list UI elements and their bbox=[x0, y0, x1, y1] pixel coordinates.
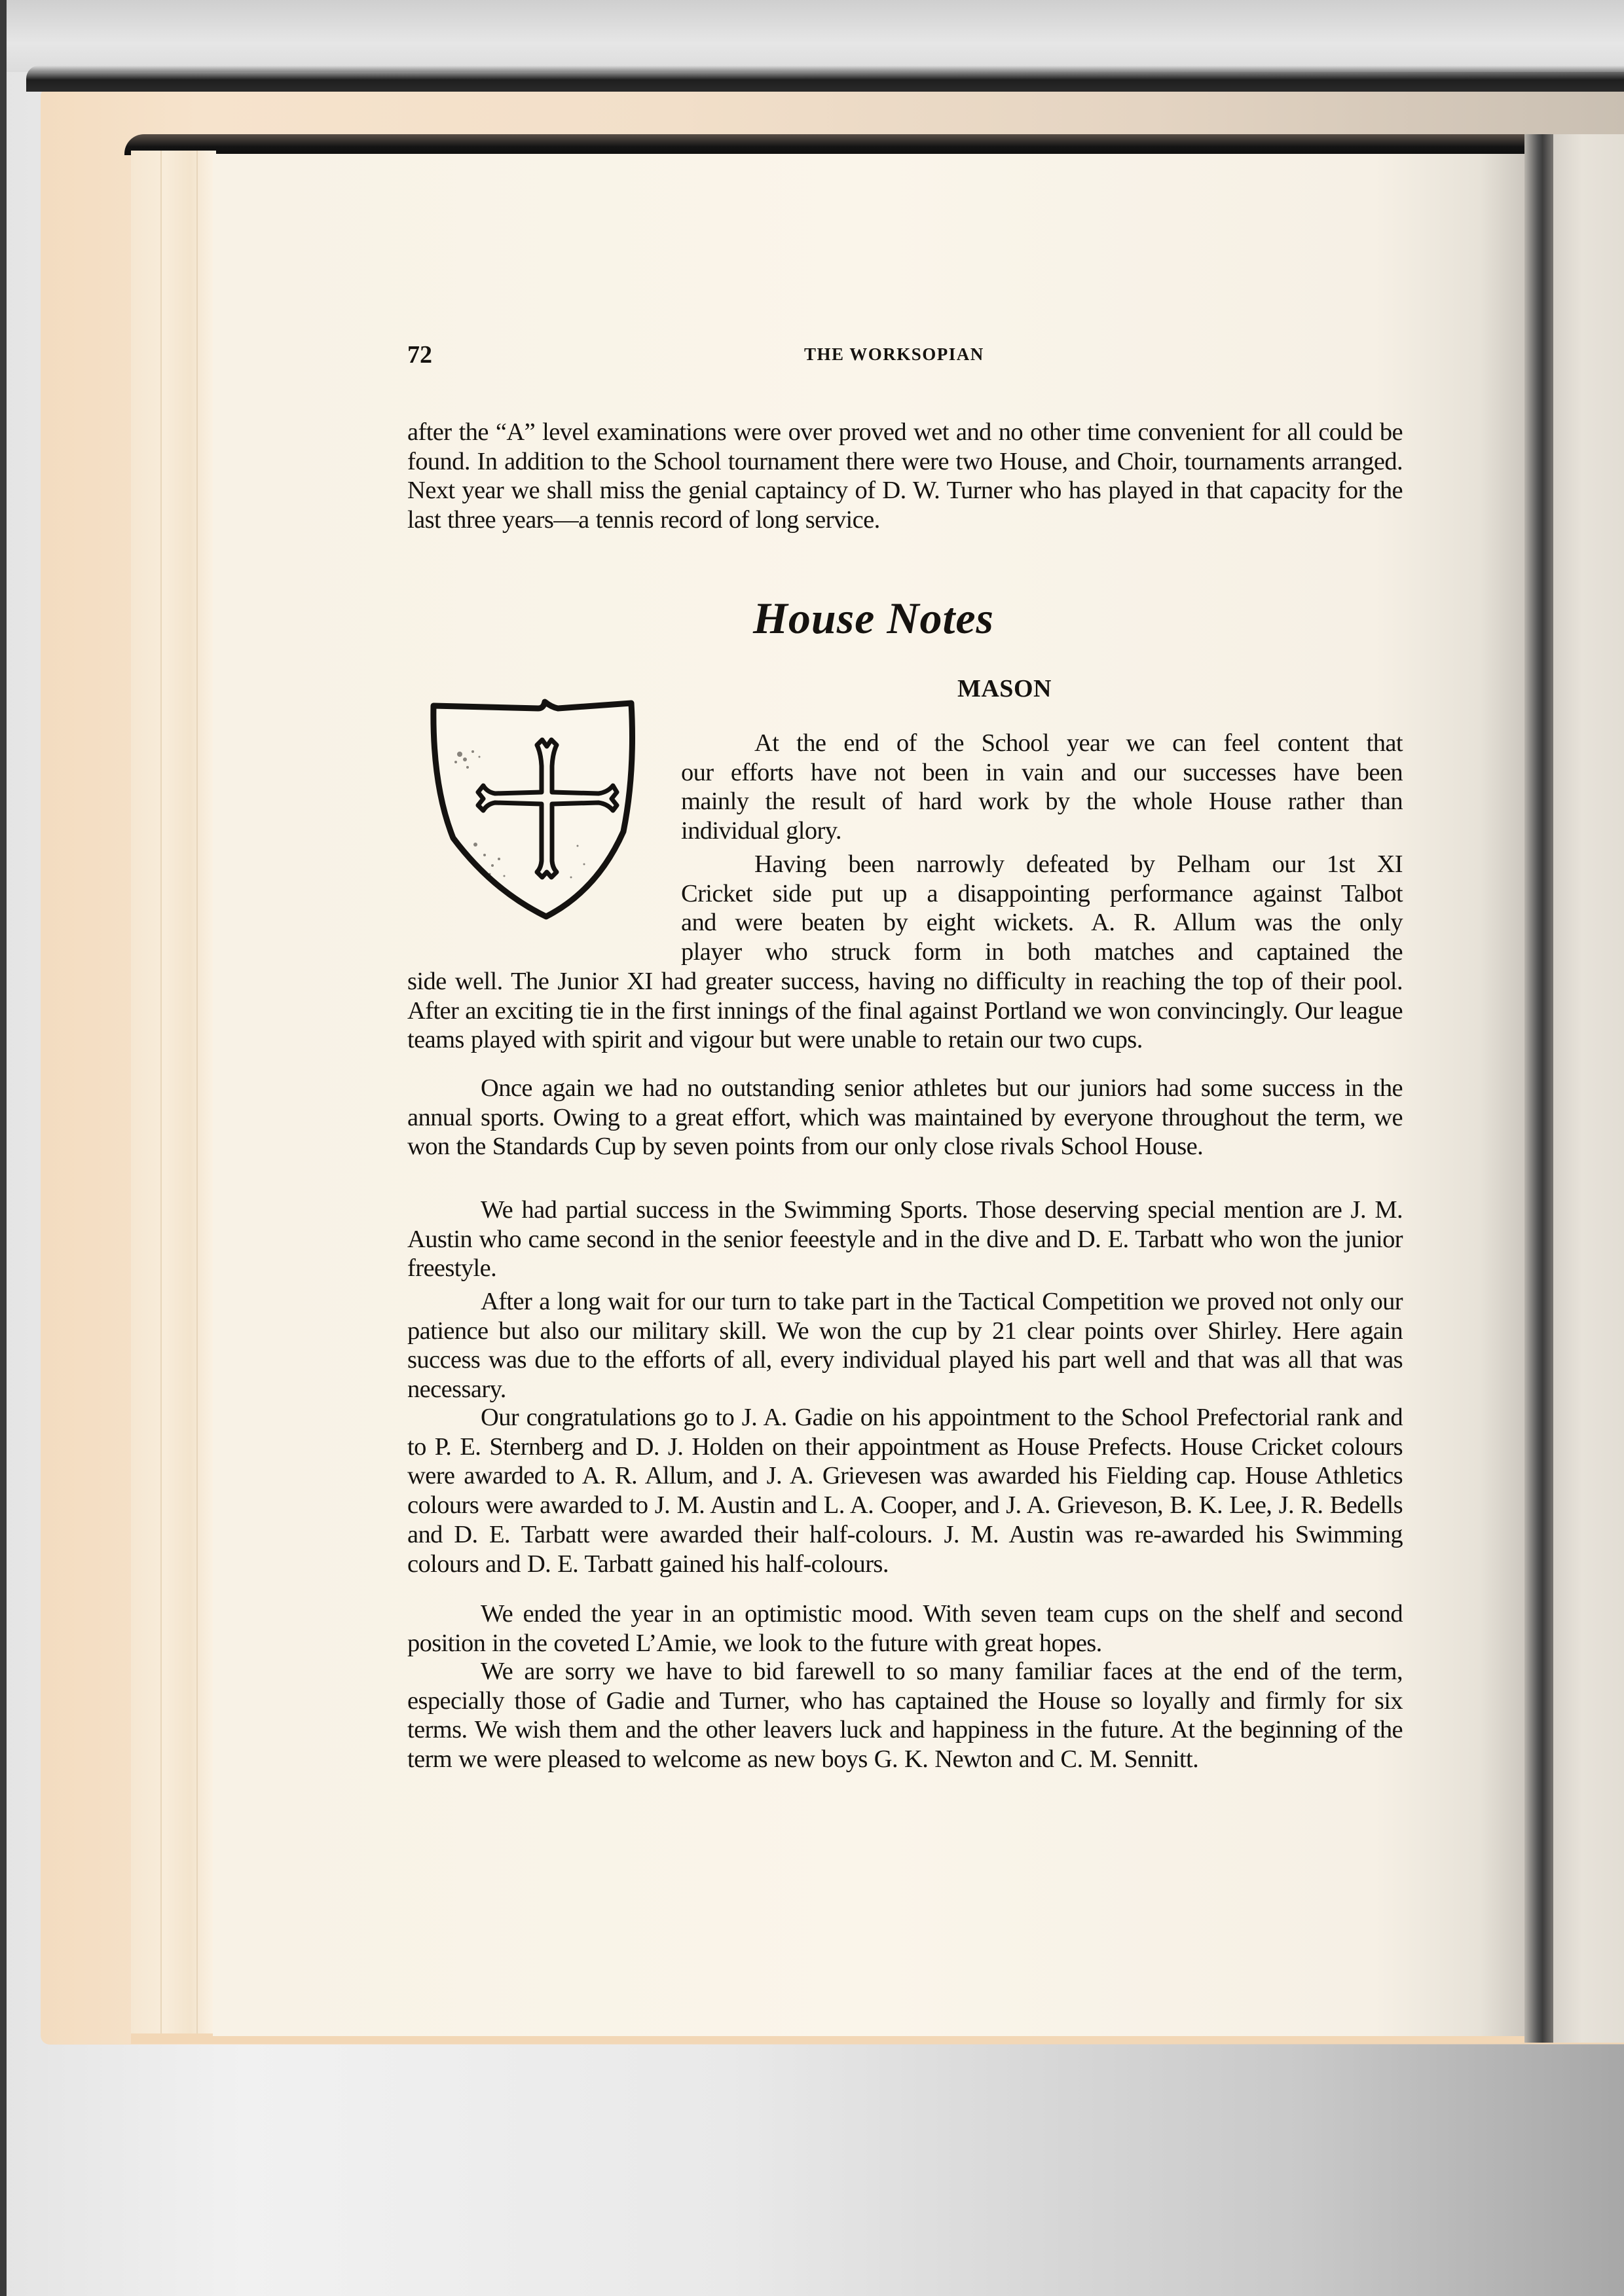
intro-paragraph: after the “A” level examinations were ov… bbox=[407, 418, 1403, 535]
text-line: our efforts have not been in vain and ou… bbox=[681, 758, 1403, 788]
shield-cross-crest-icon bbox=[427, 694, 638, 926]
scanner-background-top bbox=[7, 0, 1624, 72]
paragraph-text: After a long wait for our turn to take p… bbox=[407, 1287, 1403, 1404]
house-heading: MASON bbox=[957, 674, 1052, 703]
page-number: 72 bbox=[407, 340, 432, 369]
text-line: Cricket side put up a disappointing perf… bbox=[681, 879, 1403, 909]
page-edge-line bbox=[196, 151, 198, 2036]
paragraph-8: We are sorry we have to bid farewell to … bbox=[407, 1657, 1403, 1774]
paragraph-3: Once again we had no outstanding senior … bbox=[407, 1074, 1403, 1161]
text-line: and were beaten by eight wickets. A. R. … bbox=[681, 908, 1403, 938]
book-gutter bbox=[1524, 134, 1557, 2043]
text-line: player who struck form in both matches a… bbox=[681, 938, 1403, 967]
paragraph-6: Our congratulations go to J. A. Gadie on… bbox=[407, 1403, 1403, 1578]
book-headcap-shadow bbox=[124, 134, 1624, 155]
paragraph-1: At the end of the School year we can fee… bbox=[681, 729, 1403, 846]
book-top-shadow bbox=[26, 65, 1624, 92]
facing-page bbox=[1553, 134, 1624, 2043]
paragraph-7: We ended the year in an optimistic mood.… bbox=[407, 1599, 1403, 1658]
paragraph-text: Our congratulations go to J. A. Gadie on… bbox=[407, 1403, 1403, 1578]
page-edges bbox=[131, 151, 216, 2039]
intro-text: after the “A” level examinations were ov… bbox=[407, 418, 1403, 535]
scanner-edge bbox=[0, 0, 7, 2296]
running-title: THE WORKSOPIAN bbox=[804, 344, 984, 365]
section-title: House Notes bbox=[753, 592, 994, 644]
paragraph-text: We had partial success in the Swimming S… bbox=[407, 1195, 1403, 1283]
paragraph-text: side well. The Junior XI had greater suc… bbox=[407, 967, 1403, 1055]
page-edge-line bbox=[160, 151, 162, 2036]
text-line: At the end of the School year we can fee… bbox=[681, 729, 1403, 758]
paragraph-2-wrapped: Having been narrowly defeated by Pelham … bbox=[681, 850, 1403, 967]
paragraph-text: Once again we had no outstanding senior … bbox=[407, 1074, 1403, 1161]
paragraph-2-continued: side well. The Junior XI had greater suc… bbox=[407, 967, 1403, 1055]
text-line: mainly the result of hard work by the wh… bbox=[681, 787, 1403, 816]
paragraph-5: After a long wait for our turn to take p… bbox=[407, 1287, 1403, 1404]
paragraph-text: We are sorry we have to bid farewell to … bbox=[407, 1657, 1403, 1774]
paragraph-4: We had partial success in the Swimming S… bbox=[407, 1195, 1403, 1283]
paragraph-text: We ended the year in an optimistic mood.… bbox=[407, 1599, 1403, 1658]
text-line: individual glory. bbox=[681, 816, 1403, 846]
text-line: Having been narrowly defeated by Pelham … bbox=[681, 850, 1403, 879]
